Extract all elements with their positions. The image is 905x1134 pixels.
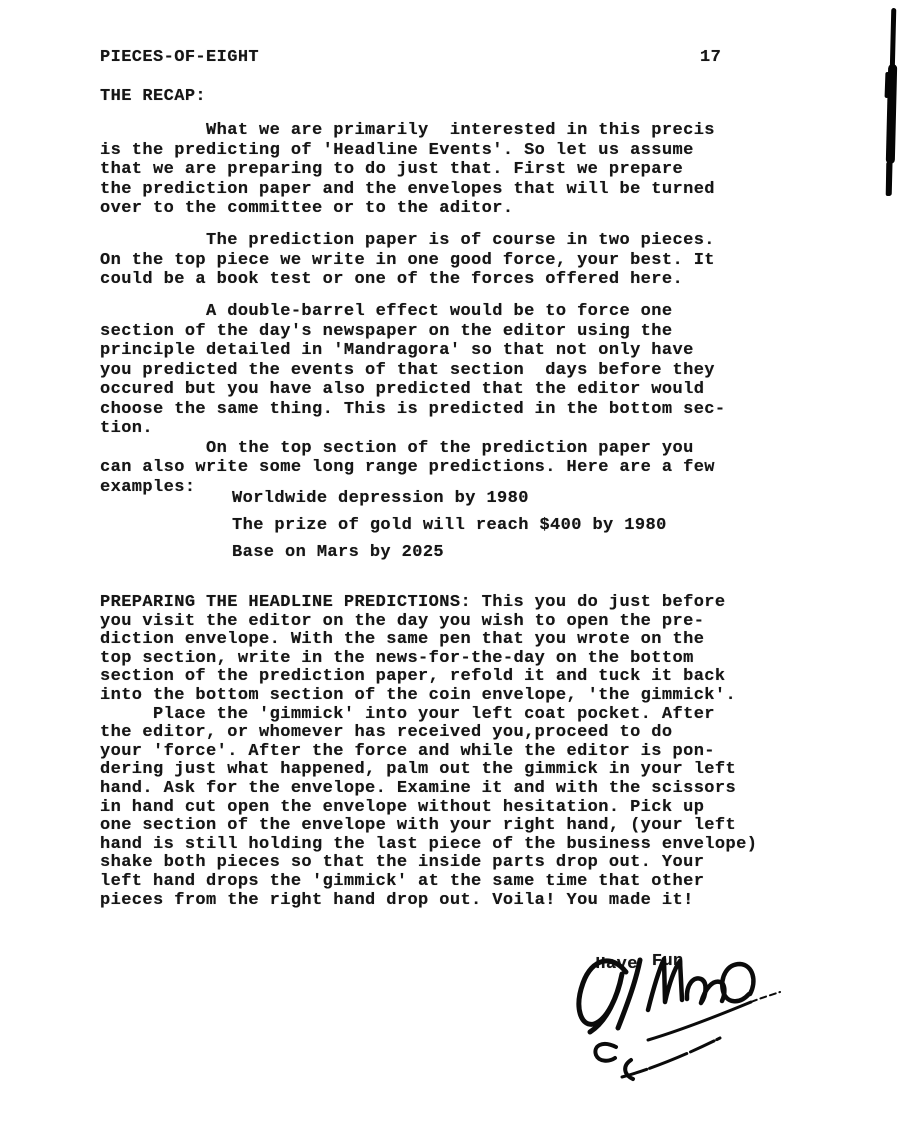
text-line: choose the same thing. This is predicted… — [100, 400, 726, 420]
page-number: 17 — [700, 48, 721, 67]
paragraph-recap-3: A double-barrel effect would be to force… — [100, 302, 726, 497]
text-line: hand. Ask for the envelope. Examine it a… — [100, 780, 757, 799]
text-line: tion. — [100, 419, 726, 439]
text-line: the prediction paper and the envelopes t… — [100, 180, 715, 200]
text-line: Place the 'gimmick' into your left coat … — [100, 706, 757, 725]
scan-artifact-streak — [884, 6, 898, 200]
text-line: over to the committee or to the aditor. — [100, 199, 715, 219]
text-line: section of the prediction paper, refold … — [100, 668, 757, 687]
paragraph-recap-2: The prediction paper is of course in two… — [100, 231, 715, 290]
text-line: What we are primarily interested in this… — [100, 121, 715, 141]
text-line: left hand drops the 'gimmick' at the sam… — [100, 873, 757, 892]
paragraph-recap-1: What we are primarily interested in this… — [100, 121, 715, 219]
document-page: PIECES-OF-EIGHT 17 THE RECAP: What we ar… — [0, 0, 905, 1134]
text-line: The prediction paper is of course in two… — [100, 231, 715, 251]
example-predictions-list: Worldwide depression by 1980The prize of… — [232, 485, 667, 566]
text-line: pieces from the right hand drop out. Voi… — [100, 892, 757, 911]
text-line: one section of the envelope with your ri… — [100, 817, 757, 836]
text-line: into the bottom section of the coin enve… — [100, 687, 757, 706]
text-line: The prize of gold will reach $400 by 198… — [232, 512, 667, 539]
text-line: your 'force'. After the force and while … — [100, 743, 757, 762]
text-line: principle detailed in 'Mandragora' so th… — [100, 341, 726, 361]
text-line: occured but you have also predicted that… — [100, 380, 726, 400]
text-line: A double-barrel effect would be to force… — [100, 302, 726, 322]
signature-al-mann — [550, 950, 795, 1090]
text-line: the editor, or whomever has received you… — [100, 724, 757, 743]
text-line: is the predicting of 'Headline Events'. … — [100, 141, 715, 161]
text-line: can also write some long range predictio… — [100, 458, 726, 478]
text-line: top section, write in the news-for-the-d… — [100, 650, 757, 669]
text-line: could be a book test or one of the force… — [100, 270, 715, 290]
section-preparing-headline-predictions: PREPARING THE HEADLINE PREDICTIONS: This… — [100, 594, 757, 910]
text-line: On the top piece we write in one good fo… — [100, 251, 715, 271]
document-title: PIECES-OF-EIGHT — [100, 48, 259, 67]
section-heading-recap: THE RECAP: — [100, 87, 206, 106]
text-line: Base on Mars by 2025 — [232, 539, 667, 566]
text-line: section of the day's newspaper on the ed… — [100, 322, 726, 342]
text-line: PREPARING THE HEADLINE PREDICTIONS: This… — [100, 594, 757, 613]
text-line: shake both pieces so that the inside par… — [100, 854, 757, 873]
text-line: you visit the editor on the day you wish… — [100, 613, 757, 632]
text-line: hand is still holding the last piece of … — [100, 836, 757, 855]
text-line: you predicted the events of that section… — [100, 361, 726, 381]
text-line: in hand cut open the envelope without he… — [100, 799, 757, 818]
text-line: diction envelope. With the same pen that… — [100, 631, 757, 650]
text-line: Worldwide depression by 1980 — [232, 485, 667, 512]
text-line: that we are preparing to do just that. F… — [100, 160, 715, 180]
text-line: dering just what happened, palm out the … — [100, 761, 757, 780]
text-line: On the top section of the prediction pap… — [100, 439, 726, 459]
